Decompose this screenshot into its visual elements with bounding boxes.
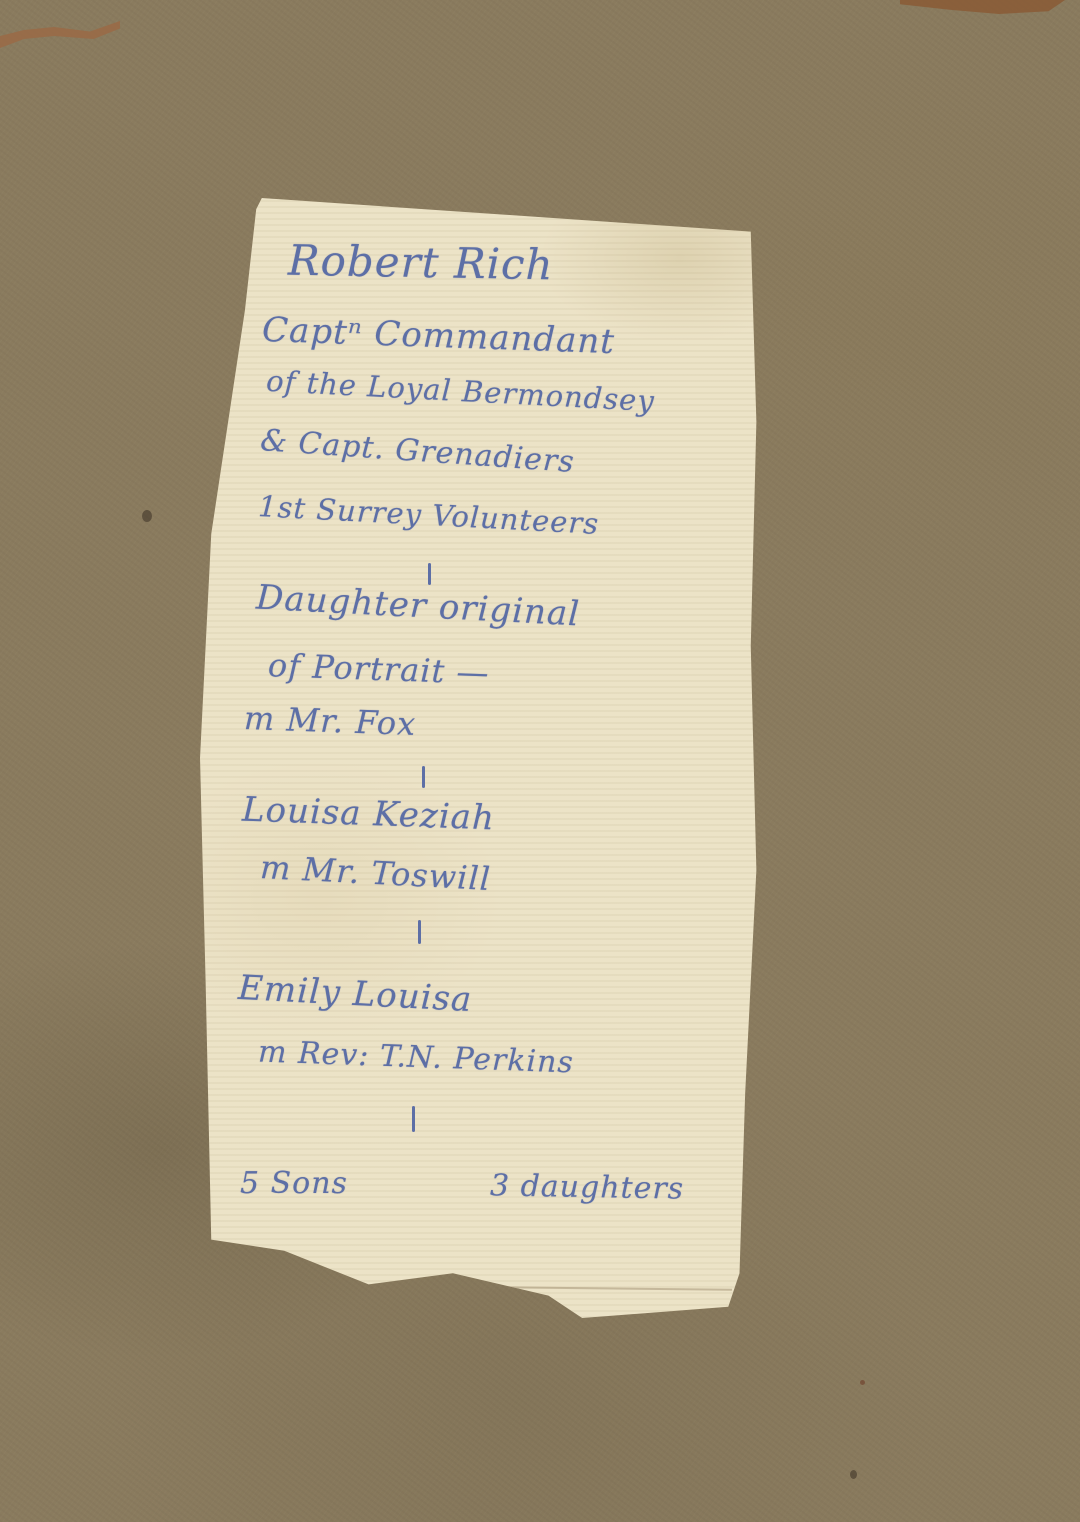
- lineage-connector: [418, 920, 421, 944]
- label-line-married-toswill: m Mr. Toswill: [259, 848, 492, 898]
- label-line-daughter: Daughter original: [255, 578, 581, 635]
- label-line-emily: Emily Louisa: [237, 968, 473, 1020]
- lineage-connector: [422, 766, 425, 788]
- label-line-daughters: 3 daughters: [490, 1168, 685, 1206]
- label-line-louisa: Louisa Keziah: [241, 790, 495, 839]
- label-line-name: Robert Rich: [288, 236, 554, 290]
- label-line-volunteers: 1st Surrey Volunteers: [257, 489, 600, 541]
- label-line-sons: 5 Sons: [240, 1166, 348, 1201]
- label-line-married-fox: m Mr. Fox: [243, 699, 416, 743]
- lineage-connector: [428, 563, 431, 585]
- handwritten-label: Robert Rich Captⁿ Commandant of the Loya…: [200, 198, 762, 1318]
- label-line-portrait: of Portrait —: [267, 646, 490, 692]
- label-line-married-perkins: m Rev: T.N. Perkins: [257, 1034, 574, 1080]
- lineage-connector: [412, 1106, 415, 1132]
- label-line-rank: Captⁿ Commandant: [261, 310, 615, 362]
- stain-spot: [142, 510, 152, 522]
- label-line-grenadiers: & Capt. Grenadiers: [259, 423, 576, 480]
- label-line-regiment: of the Loyal Bermondsey: [265, 364, 655, 418]
- stain-spot: [850, 1470, 857, 1479]
- stain-spot: [860, 1380, 865, 1385]
